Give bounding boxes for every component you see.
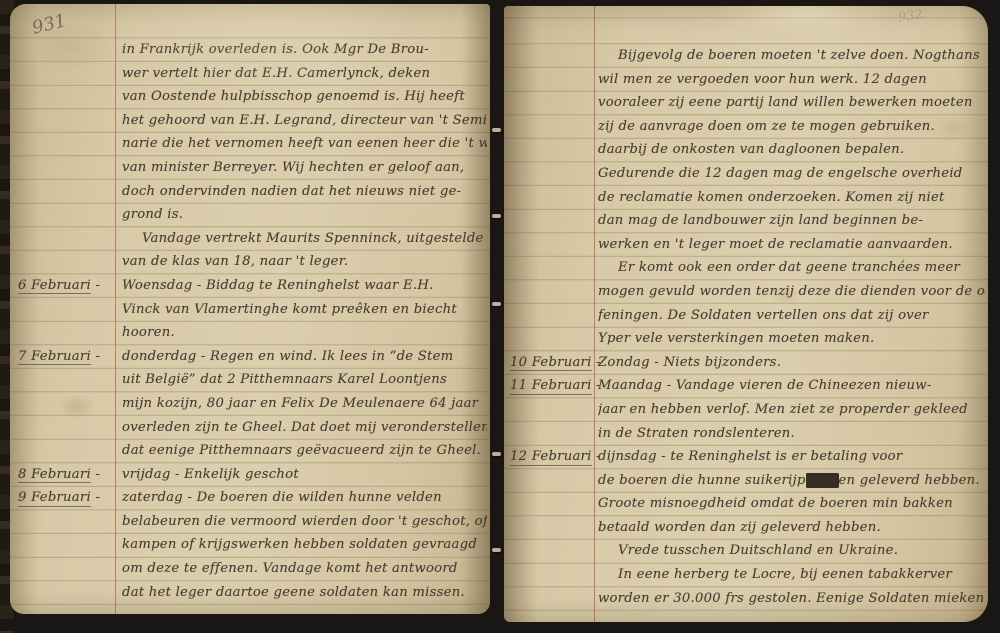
entry-text: wer vertelt hier dat E.H. Camerlynck, de… [122,66,487,81]
entry-text: in de Straten rondslenteren. [598,426,986,441]
diary-line: 10 Februari - Zondag - Niets bijzonders. [504,353,988,377]
diary-line: Groote misnoegdheid omdat de boeren min … [504,494,988,518]
binding-stitch [492,548,501,552]
entry-text: van de klas van 18, naar 't leger. [122,254,487,269]
entry-text: om deze te effenen. Vandage komt het ant… [122,561,487,576]
diary-line: 12 Februari - dijnsdag - te Reninghelst … [504,447,988,471]
diary-line: belabeuren die vermoord wierden door 't … [10,512,490,536]
diary-line: de boeren die hunne suikerijplanten gele… [504,471,988,495]
entry-text: Woensdag - Biddag te Reninghelst waar E.… [122,278,487,293]
entry-text: Bijgevolg de boeren moeten 't zelve doen… [598,48,986,63]
diary-line: uit België” dat 2 Pitthemnaars Karel Loo… [10,370,490,394]
diary-line: Bijgevolg de boeren moeten 't zelve doen… [504,46,988,70]
entry-text: grond is. [122,207,487,222]
entry-text: Maandag - Vandage vieren de Chineezen ni… [598,378,986,393]
entry-text: Vandage vertrekt Maurits Spenninck, uitg… [122,231,487,246]
entry-text: van minister Berreyer. Wij hechten er ge… [122,160,487,175]
diary-line: het gehoord van E.H. Legrand, directeur … [10,111,490,135]
diary-entries-right: Bijgevolg de boeren moeten 't zelve doen… [504,46,988,612]
entry-text: mijn kozijn, 80 jaar en Felix De Meulena… [122,396,487,411]
entry-text: het gehoord van E.H. Legrand, directeur … [122,113,487,128]
diary-line: mijn kozijn, 80 jaar en Felix De Meulena… [10,394,490,418]
entry-text: dan mag de landbouwer zijn land beginnen… [598,213,986,228]
entry-text: mogen gevuld worden tenzij deze die dien… [598,284,986,299]
entry-text: de boeren die hunne suikerijplanten gele… [598,473,986,488]
diary-line: feningen. De Soldaten vertellen ons dat … [504,306,988,330]
entry-text: doch ondervinden nadien dat het nieuws n… [122,184,487,199]
diary-line: kampen of krijgswerken hebben soldaten g… [10,535,490,559]
entry-text: Yper vele versterkingen moeten maken. [598,331,986,346]
entry-text: uit België” dat 2 Pitthemnaars Karel Loo… [122,372,487,387]
diary-line: dat het leger daartoe geene soldaten kan… [10,583,490,607]
entry-date: 11 Februari - [510,378,601,393]
diary-line: overleden zijn te Gheel. Dat doet mij ve… [10,418,490,442]
diary-line: dat eenige Pitthemnaars geëvacueerd zijn… [10,441,490,465]
diary-line: jaar en hebben verlof. Men ziet ze prope… [504,400,988,424]
entry-text: In eene herberg te Locre, bij eenen taba… [598,567,986,582]
diary-line: werken en 't leger moet de reclamatie aa… [504,235,988,259]
entry-text: hooren. [122,325,487,340]
entry-text: betaald worden dan zij geleverd hebben. [598,520,986,535]
entry-text: dat eenige Pitthemnaars geëvacueerd zijn… [122,443,487,458]
entry-text: dijnsdag - te Reninghelst is er betaling… [598,449,986,464]
diary-line: 8 Februari - vrijdag - Enkelijk geschot [10,465,490,489]
entry-date: 10 Februari - [510,355,601,370]
diary-line: doch ondervinden nadien dat het nieuws n… [10,182,490,206]
entry-text: jaar en hebben verlof. Men ziet ze prope… [598,402,986,417]
entry-text: belabeuren die vermoord wierden door 't … [122,514,487,529]
binding-stitch [492,302,501,306]
entry-text: Groote misnoegdheid omdat de boeren min … [598,496,986,511]
entry-text: zij de aanvrage doen om ze te mogen gebr… [598,119,986,134]
diary-line: daarbij de onkosten van dagloonen bepale… [504,140,988,164]
entry-text: werken en 't leger moet de reclamatie aa… [598,237,986,252]
entry-text: Gedurende die 12 dagen mag de engelsche … [598,166,986,181]
diary-line: grond is. [10,205,490,229]
entry-text: vrijdag - Enkelijk geschot [122,467,487,482]
diary-line: Vinck van Vlamertinghe komt preêken en b… [10,300,490,324]
diary-line: van de klas van 18, naar 't leger. [10,252,490,276]
diary-line: vooraleer zij eene partij land willen be… [504,93,988,117]
diary-line: narie die het vernomen heeft van eenen h… [10,134,490,158]
diary-line: 6 Februari - Woensdag - Biddag te Rening… [10,276,490,300]
diary-line: Vandage vertrekt Maurits Spenninck, uitg… [10,229,490,253]
entry-text: narie die het vernomen heeft van eenen h… [122,136,487,151]
entry-text: in Frankrijk overleden is. Ook Mgr De Br… [122,42,487,57]
diary-line: betaald worden dan zij geleverd hebben. [504,518,988,542]
entry-text: worden er 30.000 frs gestolen. Eenige So… [598,591,986,606]
diary-line: wil men ze vergoeden voor hun werk. 12 d… [504,70,988,94]
entry-text: dat het leger daartoe geene soldaten kan… [122,585,487,600]
diary-line: wer vertelt hier dat E.H. Camerlynck, de… [10,64,490,88]
diary-line: Vrede tusschen Duitschland en Ukraine. [504,541,988,565]
diary-line: worden er 30.000 frs gestolen. Eenige So… [504,589,988,613]
diary-line: om deze te effenen. Vandage komt het ant… [10,559,490,583]
entry-text: de reclamatie komen onderzoeken. Komen z… [598,190,986,205]
diary-line: In eene herberg te Locre, bij eenen taba… [504,565,988,589]
diary-line: 7 Februari - donderdag - Regen en wind. … [10,347,490,371]
diary-line: dan mag de landbouwer zijn land beginnen… [504,211,988,235]
diary-line: mogen gevuld worden tenzij deze die dien… [504,282,988,306]
diary-line: Er komt ook een order dat geene tranchée… [504,258,988,282]
entry-text: van Oostende hulpbisschop genoemd is. Hi… [122,89,487,104]
diary-line: hooren. [10,323,490,347]
photo-backdrop: { "document": { "left_page": { "page_num… [0,0,1000,633]
entry-text: overleden zijn te Gheel. Dat doet mij ve… [122,420,487,435]
diary-line: in de Straten rondslenteren. [504,424,988,448]
entry-text: Vinck van Vlamertinghe komt preêken en b… [122,302,487,317]
diary-line: Yper vele versterkingen moeten maken. [504,329,988,353]
entry-date: 9 Februari - [18,490,100,505]
binding-stitch [492,214,501,218]
entry-text: feningen. De Soldaten vertellen ons dat … [598,308,986,323]
binding-stitch [492,128,501,132]
notebook-right-page: Bijgevolg de boeren moeten 't zelve doen… [504,6,988,622]
diary-entries-left: in Frankrijk overleden is. Ook Mgr De Br… [10,40,490,606]
diary-line: 11 Februari - Maandag - Vandage vieren d… [504,376,988,400]
diary-line: Gedurende die 12 dagen mag de engelsche … [504,164,988,188]
entry-text: kampen of krijgswerken hebben soldaten g… [122,537,487,552]
entry-text: zaterdag - De boeren die wilden hunne ve… [122,490,487,505]
diary-line: de reclamatie komen onderzoeken. Komen z… [504,188,988,212]
entry-text: Vrede tusschen Duitschland en Ukraine. [598,543,986,558]
entry-date: 12 Februari - [510,449,601,464]
entry-text: Er komt ook een order dat geene tranchée… [598,260,986,275]
binding-stitch [492,452,501,456]
entry-date: 6 Februari - [18,278,100,293]
entry-text: vooraleer zij eene partij land willen be… [598,95,986,110]
diary-line: in Frankrijk overleden is. Ook Mgr De Br… [10,40,490,64]
struck-word: lant [806,473,839,488]
diary-line: zij de aanvrage doen om ze te mogen gebr… [504,117,988,141]
entry-text: wil men ze vergoeden voor hun werk. 12 d… [598,72,986,87]
notebook-left-page: in Frankrijk overleden is. Ook Mgr De Br… [10,4,490,614]
entry-date: 7 Februari - [18,349,100,364]
entry-text: donderdag - Regen en wind. Ik lees in “d… [122,349,487,364]
entry-text: daarbij de onkosten van dagloonen bepale… [598,142,986,157]
diary-line: van Oostende hulpbisschop genoemd is. Hi… [10,87,490,111]
entry-date: 8 Februari - [18,467,100,482]
diary-line: van minister Berreyer. Wij hechten er ge… [10,158,490,182]
diary-line: 9 Februari - zaterdag - De boeren die wi… [10,488,490,512]
entry-text: Zondag - Niets bijzonders. [598,355,986,370]
